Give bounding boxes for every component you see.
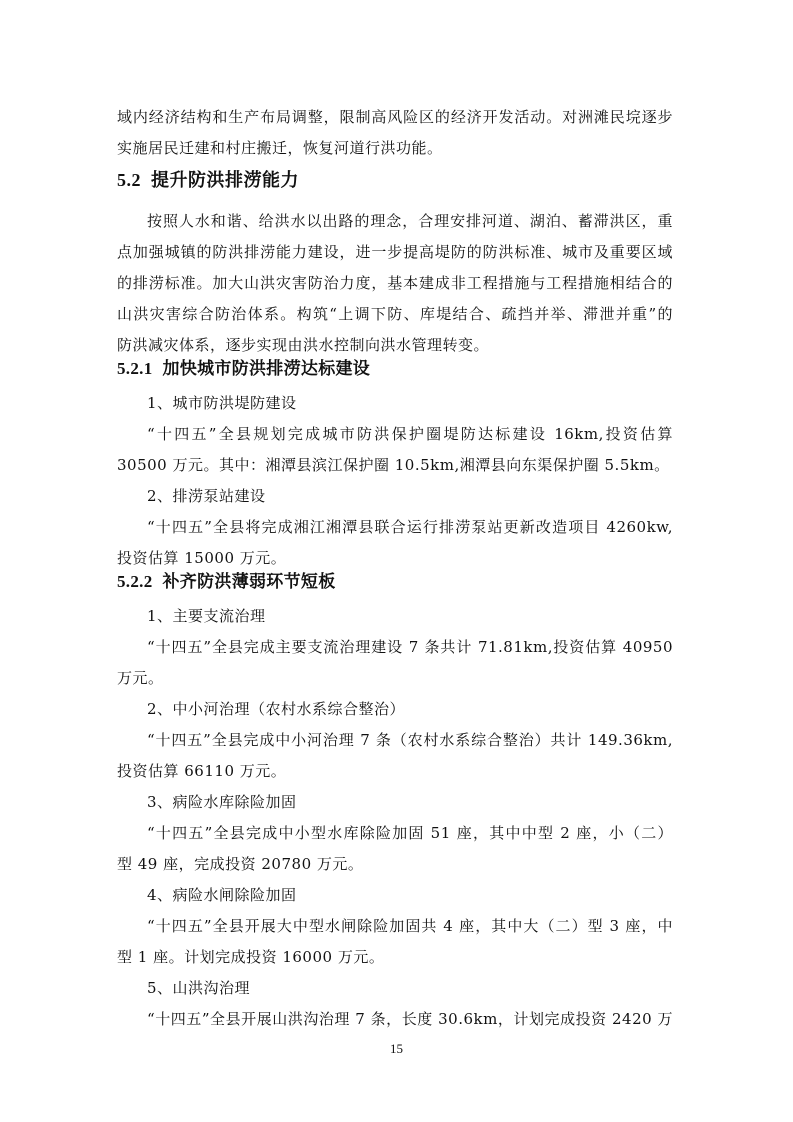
body-text-line: 防洪减灾体系，逐步实现由洪水控制向洪水管理转变。	[117, 335, 673, 355]
section-title: 提升防洪排涝能力	[151, 170, 299, 191]
body-text-line: “十四五”全县完成主要支流治理建设 7 条共计 71.81km,投资估算 409…	[147, 637, 673, 657]
body-text-line: “十四五”全县完成中小型水库除险加固 51 座，其中中型 2 座，小（二）	[147, 823, 673, 843]
body-text-line: 点加强城镇的防洪排涝能力建设，进一步提高堤防的防洪标准、城市及重要区域	[117, 242, 673, 262]
section-heading-5-2-1: 5.2.1加快城市防洪排涝达标建设	[117, 357, 370, 381]
section-heading-5-2-2: 5.2.2补齐防洪薄弱环节短板	[117, 570, 336, 594]
section-title: 补齐防洪薄弱环节短板	[163, 572, 336, 592]
body-text-line: 型 1 座。计划完成投资 16000 万元。	[117, 947, 673, 967]
body-text-line: 域内经济结构和生产布局调整，限制高风险区的经济开发活动。对洲滩民垸逐步	[117, 107, 673, 127]
section-number: 5.2.1	[117, 359, 153, 378]
section-number: 5.2.2	[117, 572, 153, 591]
item-heading: 1、主要支流治理	[147, 606, 266, 626]
body-text-line: “十四五”全县开展山洪沟治理 7 条，长度 30.6km，计划完成投资 2420…	[147, 1009, 673, 1029]
document-page: 域内经济结构和生产布局调整，限制高风险区的经济开发活动。对洲滩民垸逐步 实施居民…	[0, 0, 793, 1122]
body-text-line: 实施居民迁建和村庄搬迁，恢复河道行洪功能。	[117, 138, 673, 158]
body-text-line: 万元。	[117, 668, 673, 688]
body-text-line: “十四五”全县规划完成城市防洪保护圈堤防达标建设 16km,投资估算	[147, 424, 673, 444]
item-heading: 3、病险水库除险加固	[147, 792, 297, 812]
body-text-line: 按照人水和谐、给洪水以出路的理念，合理安排河道、湖泊、蓄滞洪区，重	[147, 211, 673, 231]
body-text-line: 投资估算 15000 万元。	[117, 548, 673, 568]
body-text-line: 型 49 座，完成投资 20780 万元。	[117, 854, 673, 874]
section-title: 加快城市防洪排涝达标建设	[163, 359, 371, 379]
body-text-line: “十四五”全县开展大中型水闸除险加固共 4 座，其中大（二）型 3 座，中	[147, 916, 673, 936]
body-text-line: 30500 万元。其中：湘潭县滨江保护圈 10.5km,湘潭县向东渠保护圈 5.…	[117, 455, 673, 475]
body-text-line: “十四五”全县将完成湘江湘潭县联合运行排涝泵站更新改造项目 4260kw,	[147, 517, 673, 537]
item-heading: 4、病险水闸除险加固	[147, 885, 297, 905]
body-text-line: 投资估算 66110 万元。	[117, 761, 673, 781]
section-heading-5-2: 5.2提升防洪排涝能力	[117, 168, 299, 193]
page-number: 15	[0, 1041, 793, 1057]
body-text-line: 的排涝标准。加大山洪灾害防治力度，基本建成非工程措施与工程措施相结合的	[117, 273, 673, 293]
body-text-line: “十四五”全县完成中小河治理 7 条（农村水系综合整治）共计 149.36km,	[147, 730, 673, 750]
item-heading: 1、城市防洪堤防建设	[147, 393, 297, 413]
item-heading: 5、山洪沟治理	[147, 978, 250, 998]
item-heading: 2、中小河治理（农村水系综合整治）	[147, 699, 405, 719]
body-text-line: 山洪灾害综合防治体系。构筑“上调下防、库堤结合、疏挡并举、滞泄并重”的	[117, 304, 673, 324]
item-heading: 2、排涝泵站建设	[147, 486, 266, 506]
section-number: 5.2	[117, 170, 141, 190]
